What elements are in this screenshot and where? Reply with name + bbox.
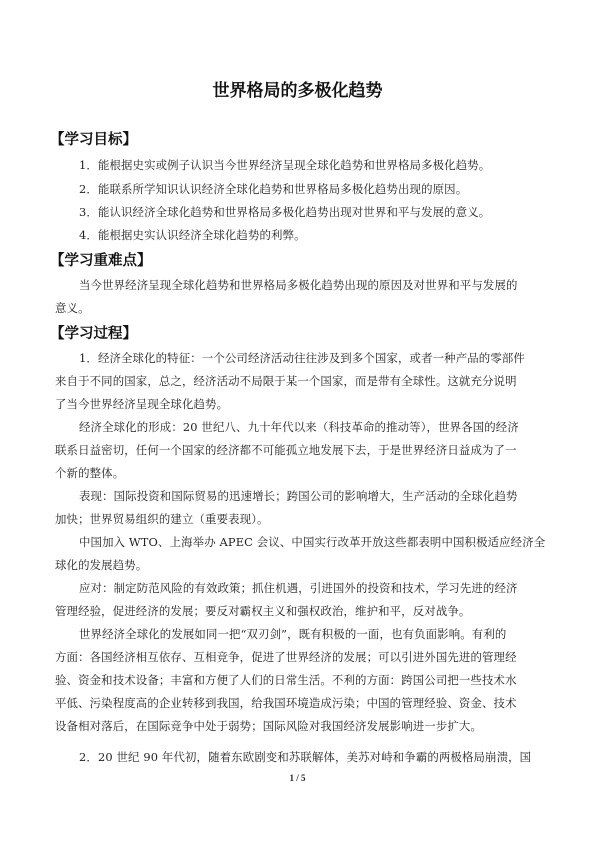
process-line: 方面：各国经济相互依存、互相竞争，促进了世界经济的发展；可以引进外国先进的管理经 [55,649,517,665]
process-line: 个新的整体。 [55,465,124,481]
process-line: 1．经济全球化的特征：一个公司经济活动往往涉及到多个国家，或者一种产品的零部件 [79,350,525,366]
process-line: 世界经济全球化的发展如同一把“双刃剑”，既有积极的一面，也有负面影响。有利的 [79,626,506,642]
process-line: 验、资金和技术设备；丰富和方便了人们的日常生活。不利的方面：跨国公司把一些技术水 [55,672,517,688]
process-line: 了当今世界经济呈现全球化趋势。 [55,396,228,412]
objective-item: 2．能联系所学知识认识经济全球化趋势和世界格局多极化趋势出现的原因。 [79,181,467,197]
process-line: 联系日益密切，任何一个国家的经济都不可能孤立地发展下去，于是世界经济日益成为了一 [55,442,517,458]
process-line: 球化的发展趋势。 [55,557,147,573]
process-line: 来自于不同的国家，总之，经济活动不局限于某一个国家，而是带有全球性。这就充分说明 [55,373,517,389]
process-line: 应对：制定防范风险的有效政策；抓住机遇，引进国外的投资和技术，学习先进的经济 [79,580,518,596]
section-heading-objectives: 【学习目标】 [50,128,137,149]
document-title: 世界格局的多极化趋势 [0,76,595,101]
process-line: 2．20 世纪 90 年代初，随着东欧剧变和苏联解体，美苏对峙和争霸的两极格局崩… [79,749,531,765]
process-line: 表现：国际投资和国际贸易的迅速增长；跨国公司的影响增大，生产活动的全球化趋势 [79,488,518,504]
process-line: 管理经验，促进经济的发展；要反对霸权主义和强权政治，维护和平，反对战争。 [55,603,470,619]
process-line: 设备相对落后，在国际竞争中处于弱势；国际风险对我国经济发展影响进一步扩大。 [55,718,482,734]
section-heading-process: 【学习过程】 [50,322,137,343]
objective-item: 4．能根据史实认识经济全球化趋势的利弊。 [79,227,306,243]
process-line: 中国加入 WTO、上海举办 APEC 会议、中国实行改革开放这些都表明中国积极适… [79,534,545,550]
key-points-line: 意义。 [55,300,90,316]
process-line: 平低、污染程度高的企业转移到我国，给我国环境造成污染；中国的管理经验、资金、技术 [55,695,517,711]
key-points-line: 当今世界经济呈现全球化趋势和世界格局多极化趋势出现的原因及对世界和平与发展的 [79,277,518,293]
objective-item: 3．能认识经济全球化趋势和世界格局多极化趋势出现对世界和平与发展的意义。 [79,204,490,220]
section-heading-key-points: 【学习重难点】 [50,249,152,270]
objective-item: 1．能根据史实或例子认识当今世界经济呈现全球化趋势和世界格局多极化趋势。 [79,157,490,173]
process-line: 加快；世界贸易组织的建立（重要表现）。 [55,511,269,527]
process-line: 经济全球化的形成：20 世纪八、九十年代以来（科技革命的推动等），世界各国的经济 [79,419,519,435]
page-number: 1 / 5 [0,773,595,783]
